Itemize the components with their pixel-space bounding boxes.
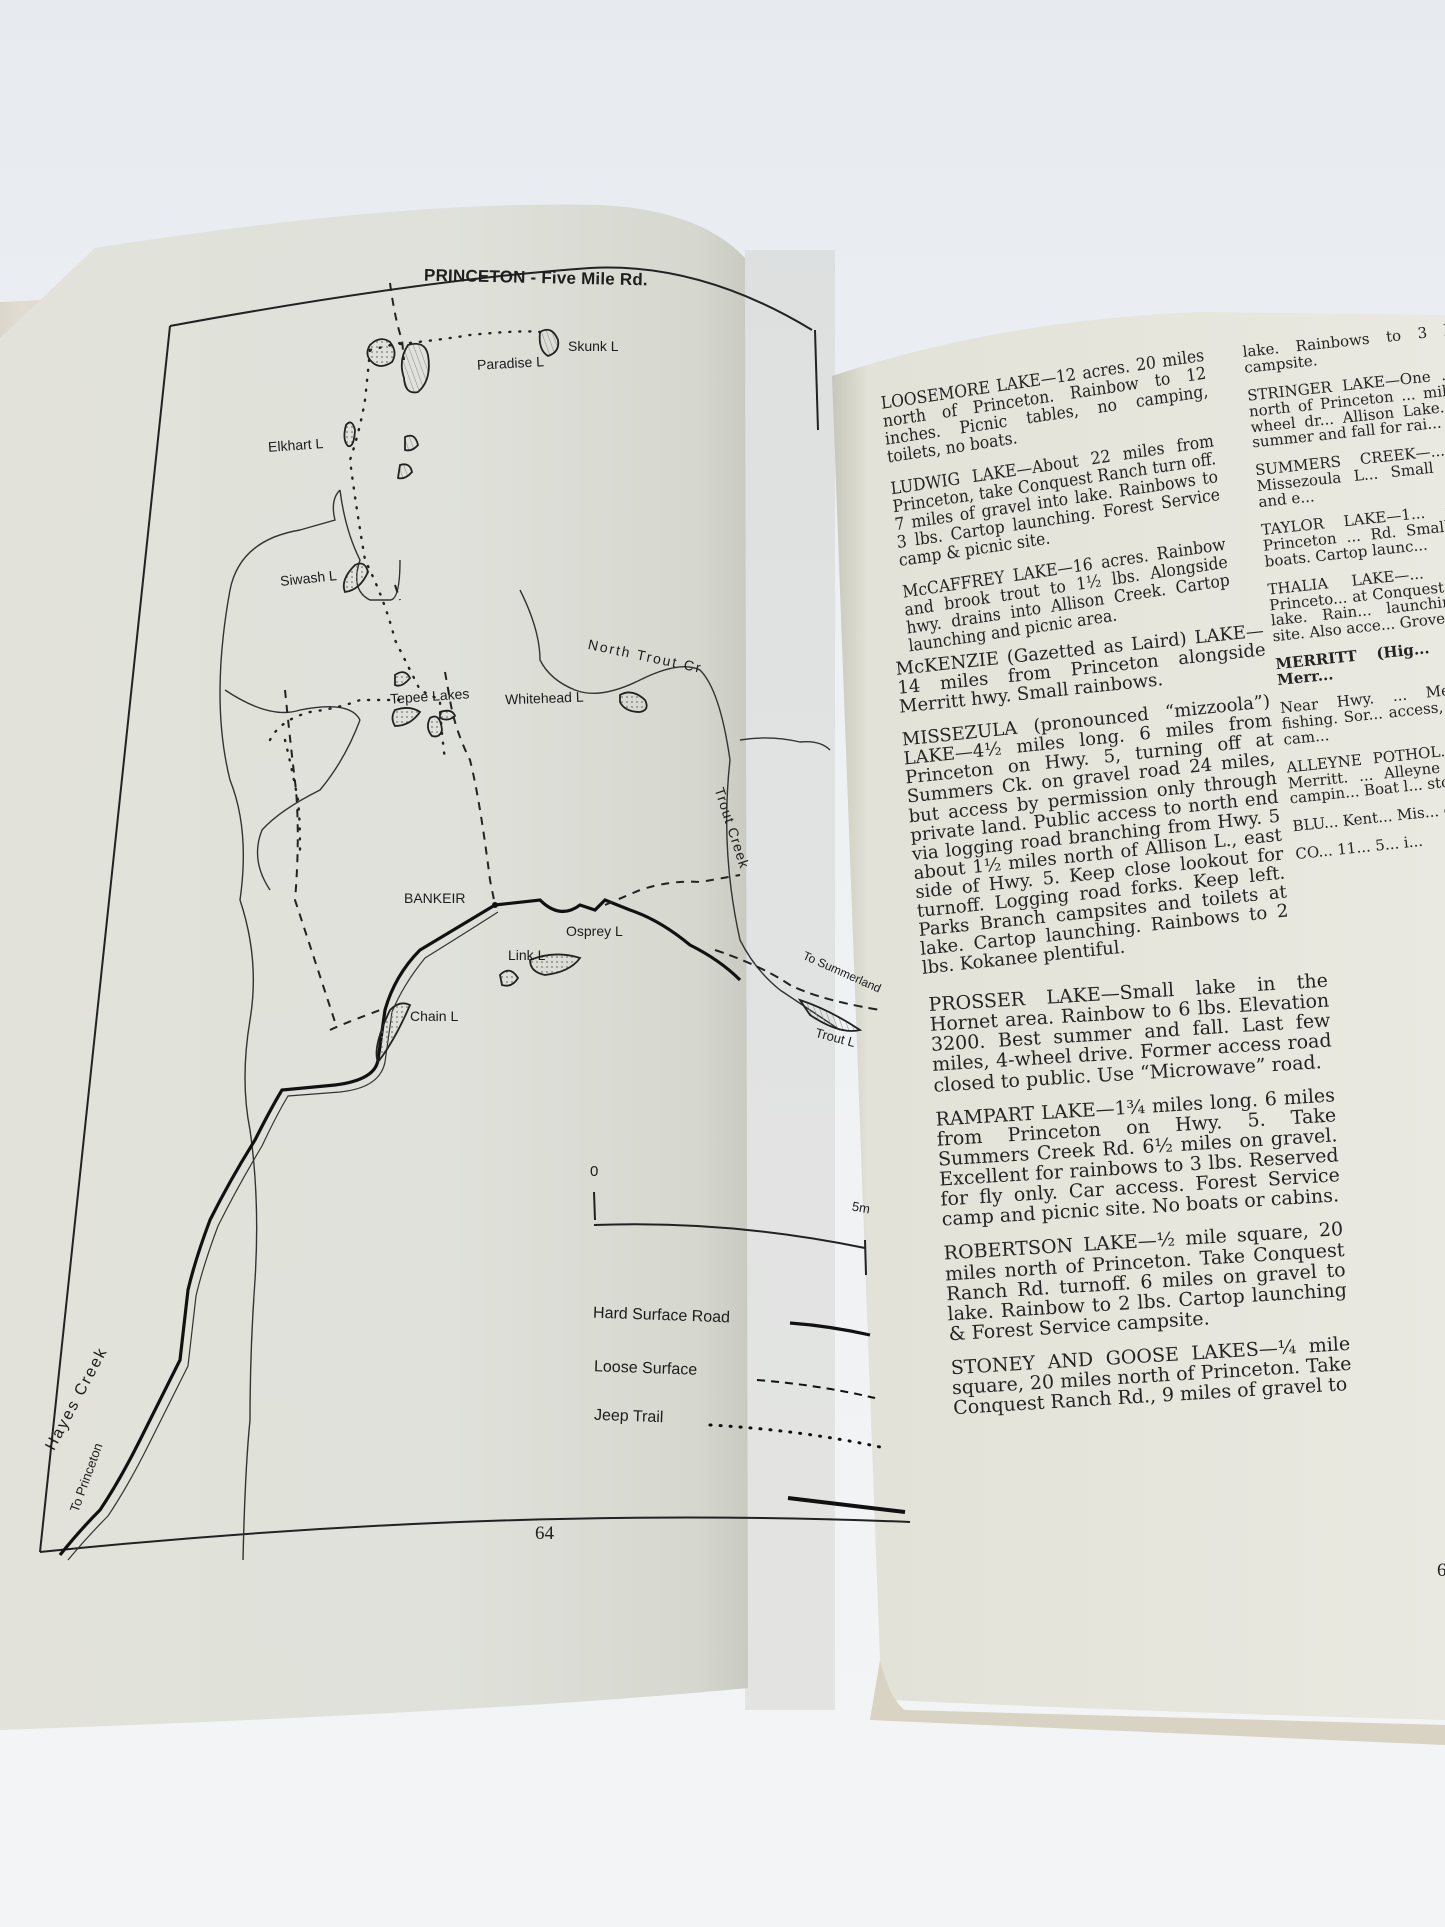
label-skunk-lake: Skunk L bbox=[568, 338, 619, 354]
scale-end: 5m bbox=[851, 1199, 871, 1217]
label-whitehead-lake: Whitehead L bbox=[505, 689, 584, 708]
entry-thalia-lake: THALIA LAKE—... north of Princeto... at … bbox=[1267, 555, 1445, 645]
right-page-column-1c: PROSSER LAKE—Small lake in the Hornet ar… bbox=[928, 971, 1354, 1433]
entry-stringer-lake: STRINGER LAKE—One ... miles north of Pri… bbox=[1247, 361, 1445, 451]
open-book: PRINCETON - Five Mile Rd. Paradise L Sku… bbox=[0, 0, 1445, 1927]
right-page-column-1: LOOSEMORE LAKE—12 acres. 20 miles north … bbox=[880, 347, 1234, 670]
entry-rampart-lake: RAMPART LAKE—1¾ miles long. 6 miles from… bbox=[935, 1085, 1342, 1230]
scale-start: 0 bbox=[590, 1163, 598, 1180]
entry-missezula-lake: MISSEZULA (pronounced “mizzoola”) LAKE—4… bbox=[901, 692, 1291, 978]
label-chain-lake: Chain L bbox=[410, 1008, 458, 1024]
label-bankeir: BANKEIR bbox=[404, 890, 465, 906]
left-page-number: 64 bbox=[535, 1523, 554, 1545]
left-page bbox=[0, 0, 1445, 1927]
right-page-number: 6 bbox=[1437, 1560, 1445, 1582]
entry-prosser-lake: PROSSER LAKE—Small lake in the Hornet ar… bbox=[928, 971, 1333, 1096]
label-link-lake: Link L bbox=[508, 947, 545, 963]
label-osprey-lake: Osprey L bbox=[566, 923, 623, 939]
entry-robertson-lake: ROBERTSON LAKE—½ mile square, 20 miles n… bbox=[943, 1219, 1348, 1344]
entry-stoney-goose-lakes: STONEY AND GOOSE LAKES—¼ mile square, 20… bbox=[950, 1334, 1353, 1419]
right-page-column-1b: McKENZIE (Gazetted as Laird) LAKE—14 mil… bbox=[895, 621, 1292, 992]
legend-loose-surface: Loose Surface bbox=[594, 1358, 698, 1380]
legend-jeep-trail: Jeep Trail bbox=[594, 1407, 664, 1427]
